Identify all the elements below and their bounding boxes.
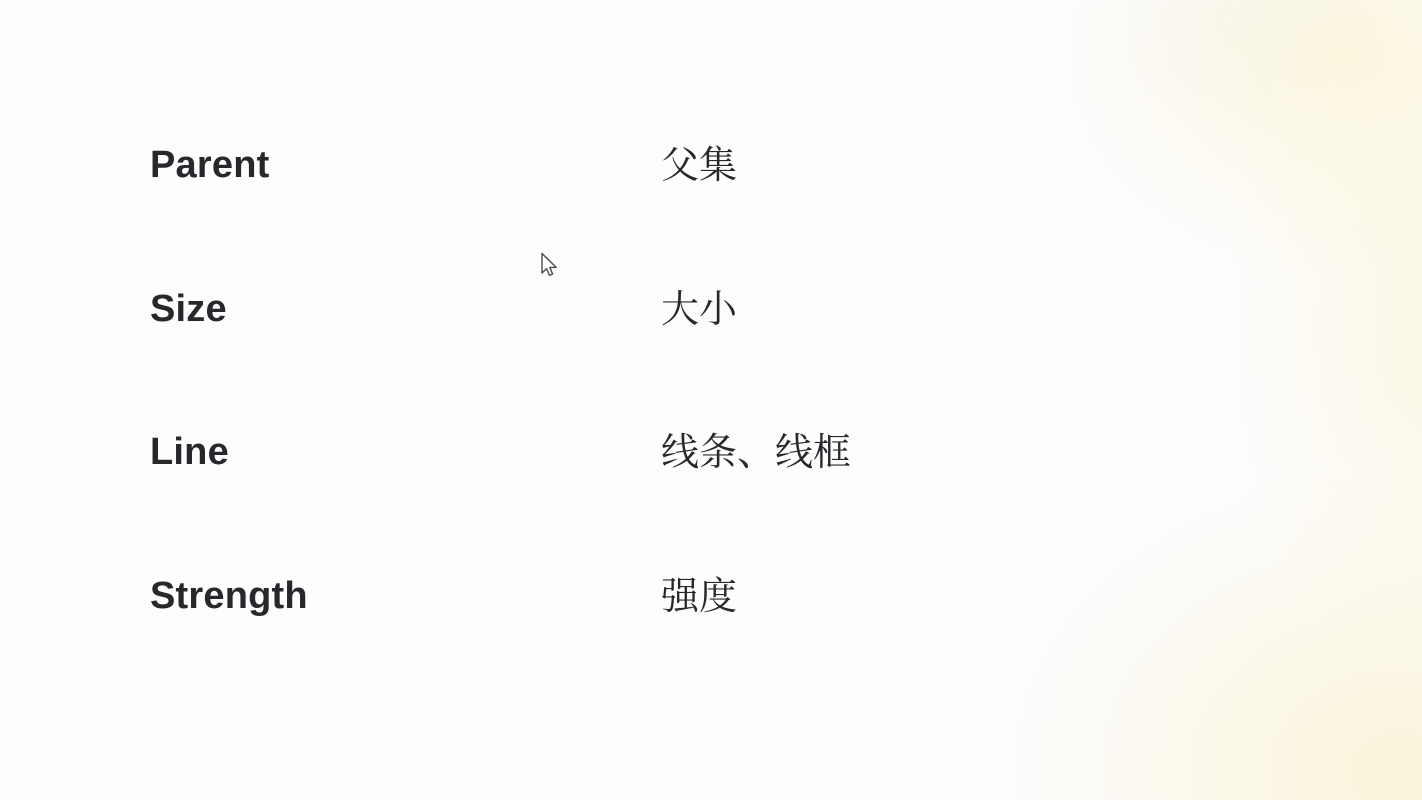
translation-label: 大小 bbox=[661, 288, 737, 332]
translation-label: 线条、线框 bbox=[661, 431, 851, 475]
term-label: Size bbox=[150, 287, 227, 331]
term-label: Parent bbox=[150, 143, 269, 187]
glossary-list: Parent 父集 Size 大小 Line 线条、线框 Strength 强度 bbox=[0, 143, 1422, 717]
glossary-row-line: Line 线条、线框 bbox=[0, 430, 1422, 574]
term-label: Line bbox=[150, 430, 229, 474]
glossary-row-size: Size 大小 bbox=[0, 287, 1422, 431]
translation-label: 强度 bbox=[661, 575, 737, 619]
translation-label: 父集 bbox=[661, 144, 737, 188]
term-label: Strength bbox=[150, 574, 308, 618]
glossary-row-parent: Parent 父集 bbox=[0, 143, 1422, 287]
glossary-row-strength: Strength 强度 bbox=[0, 574, 1422, 718]
